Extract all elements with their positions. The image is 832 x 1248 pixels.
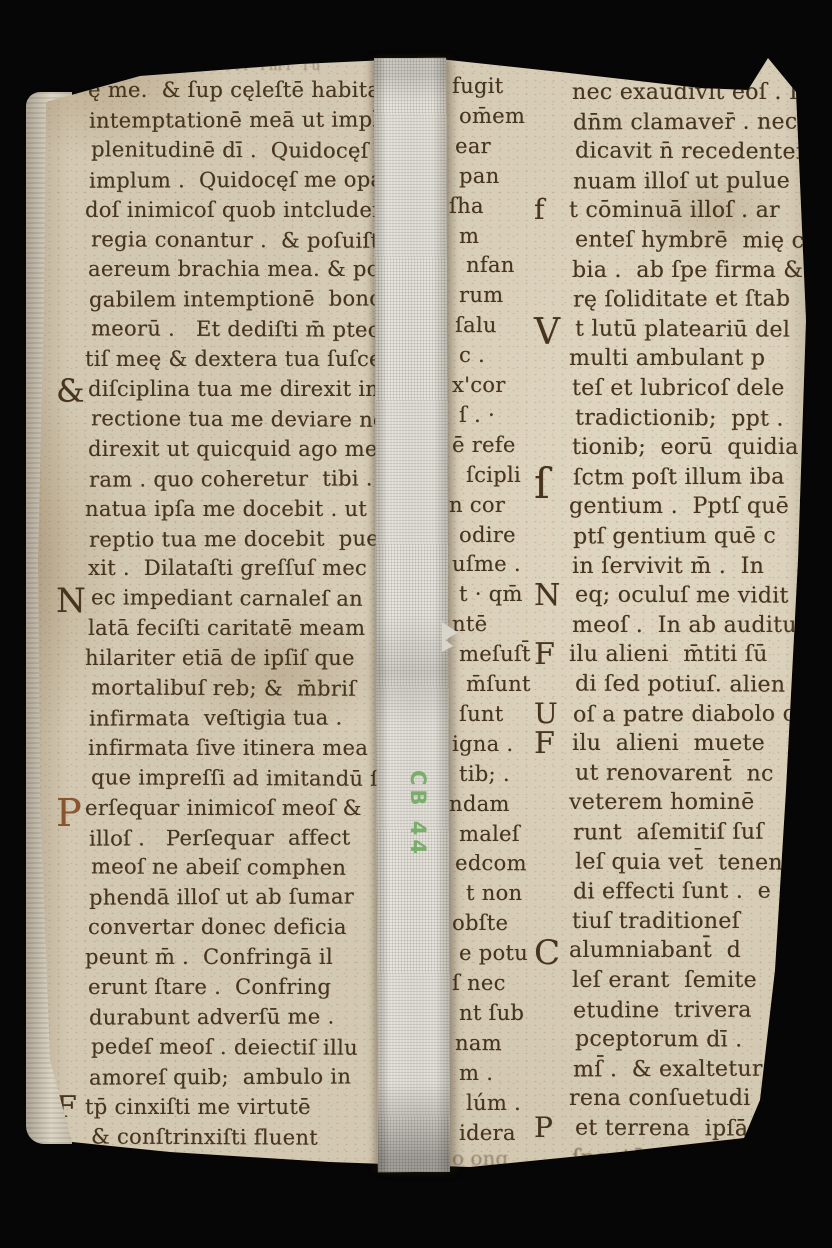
text-line: reptio tua me docebit puen	[89, 528, 393, 550]
text-line: ec impediant carnaleſ an	[91, 588, 363, 610]
text-line: maleſ	[459, 824, 520, 845]
text-line: pan	[459, 166, 499, 187]
manuscript-photo: ıı ıſ ıııē ſıı ımı ıū ę me. & ſup cęleſt…	[0, 0, 832, 1248]
text-line: runt aſemitiſ ſuſ	[573, 822, 764, 845]
text-line: meoſ . In ab auditu	[572, 615, 797, 637]
text-line: idera	[459, 1123, 516, 1144]
text-line: di ſed potiuſ. alien	[575, 673, 785, 696]
text-line: pedeſ meoſ . deiectiſ illu	[91, 1036, 358, 1058]
text-line: ear	[455, 136, 491, 157]
text-line: veterem hominē	[569, 792, 754, 814]
text-line: aereum brachia mea. & poſ	[88, 259, 388, 280]
text-line: leſ erant ſemite	[572, 970, 757, 992]
text-line: regia conantur . & poſuiſti	[91, 229, 386, 252]
text-line: oſ a patre diabolo c	[573, 703, 795, 726]
gutter-initials: fVſNFUFCP	[534, 0, 574, 1248]
text-line: ptſ gentium quē c	[573, 526, 776, 549]
text-line: fugit	[452, 76, 503, 97]
gutter-initial: C	[534, 936, 560, 970]
text-line: ilu alieni muete	[572, 733, 765, 755]
text-line: ſpentē . Dique	[572, 1148, 749, 1170]
text-line: lúm .	[466, 1093, 521, 1114]
shelfmark-label: CB 44	[406, 770, 430, 866]
gutter-initial: ſ	[534, 463, 550, 505]
text-line: dn̄m clamaver̄ . nec	[573, 111, 798, 134]
text-line: diſciplina tua me direxit in	[88, 379, 379, 400]
text-line: gabilem intemptionē bono	[89, 289, 382, 311]
text-line: pceptorum dī .	[575, 1029, 743, 1052]
text-line: peunt m̄ . Confringā il	[85, 947, 333, 968]
text-line: e potu	[459, 943, 528, 964]
text-line: n cor	[449, 495, 505, 516]
text-line: gentium . Pptſ quē	[569, 496, 789, 518]
margin-initial: P	[56, 794, 82, 832]
text-line: ram . quo coheretur tibi .	[89, 468, 373, 490]
gutter-initial: f	[534, 196, 544, 224]
text-line: t non	[466, 883, 522, 904]
text-line: tiſ meę & dextera tua ſuſce	[85, 349, 382, 370]
text-line: etudine trivera	[573, 999, 752, 1022]
text-line: ſha	[449, 196, 484, 217]
text-line: direxit ut quicquid ago me	[88, 439, 378, 460]
text-line: tib; .	[459, 764, 510, 785]
text-line: m .	[459, 1063, 493, 1084]
text-line: m	[459, 226, 479, 247]
text-line: et terrena ipſā	[575, 1118, 748, 1141]
text-line: rę ſoliditate et ſtab	[573, 289, 790, 312]
text-line: ſcipli	[466, 465, 521, 486]
margin-initial: N	[56, 584, 86, 618]
text-line: illoſ . Perſequar affect	[89, 827, 351, 849]
text-line: obſte	[452, 913, 508, 934]
text-line: ut renovarent̄ nc	[575, 762, 774, 785]
text-line: meorū . Et dediſti m̄ ptec	[91, 318, 380, 341]
strip-shading	[374, 58, 450, 1172]
text-line: meoſ ne abeiſ comphen	[91, 857, 346, 879]
text-line: ſunt	[459, 704, 503, 725]
text-line: mortalibuſ reb; & m̄briſ	[91, 677, 356, 699]
text-line: teſ et lubricoſ dele	[572, 378, 785, 400]
text-line: rum	[459, 285, 503, 306]
gutter-initial: P	[534, 1114, 553, 1142]
text-line: infirmata veſtigia tua .	[89, 707, 343, 729]
gutter-initial: V	[534, 315, 560, 351]
text-line: ndam	[449, 794, 510, 815]
text-line: tp̄ cinxiſti me virtutē	[85, 1097, 311, 1118]
text-line: leſ quia vet̄ tenen	[575, 851, 783, 874]
text-line: t lutū plateariū del	[575, 318, 790, 341]
text-line: odire	[459, 525, 516, 546]
text-line: ē refe	[452, 435, 516, 456]
text-line: plenitudinē dī . Quidocęſ	[91, 139, 369, 161]
text-line: edcom	[455, 853, 527, 874]
text-line: mſ̄ . & exaltetur	[573, 1058, 763, 1081]
text-line: doſ inimicoſ quob intcluder	[85, 200, 382, 221]
text-line: erunt ſtare . Confring	[88, 977, 331, 998]
text-line: eq; oculuſ me vidit	[575, 585, 789, 608]
text-line: enteſ hymbrē mię c	[575, 229, 804, 252]
text-line: uſme .	[452, 554, 521, 575]
text-line: x'cor	[452, 375, 506, 396]
left-margin-initials: &NPF	[56, 0, 96, 1248]
text-line: hilariter etiā de ipſiſ que	[85, 648, 355, 669]
text-line: igna .	[452, 734, 513, 755]
text-line: durabunt adverſū me .	[89, 1006, 334, 1028]
text-line: erſequar inimicoſ meoſ &	[85, 798, 362, 819]
text-line: natua ipſa me docebit . ut	[85, 499, 367, 520]
text-line: ilu alieni m̄titi ſū	[569, 644, 768, 666]
bookmark-strip	[374, 58, 450, 1172]
text-line: ſ nec	[452, 973, 506, 994]
text-line: in ſervivit m̄ . In	[572, 556, 764, 578]
text-line: ſ . ·	[459, 405, 495, 426]
text-line: que impreſſi ad imitandū ſ	[91, 767, 378, 790]
gutter-initial: U	[534, 700, 558, 728]
text-line: intemptationē meā ut imple	[89, 109, 392, 131]
gutter-initial: F	[534, 729, 555, 759]
text-line: nec exaudivit eoſ . I	[572, 82, 798, 104]
text-line: t · qm̄	[459, 584, 523, 605]
text-line: nuam illoſ ut pulue	[573, 170, 790, 193]
text-line: convertar donec deficia	[88, 917, 347, 938]
text-line: amoreſ quib; ambulo in	[89, 1066, 351, 1088]
faded-bottom-fragment: o ong	[452, 1146, 508, 1170]
text-line: m̄ſunt	[466, 674, 531, 695]
text-line: implum . Quidocęſ me opa	[89, 169, 383, 191]
gutter-initial: N	[534, 581, 560, 611]
text-line: rena conſuetudi	[569, 1088, 751, 1110]
text-line: nam	[455, 1033, 502, 1054]
text-line: tionib; eorū quidia	[572, 437, 799, 459]
text-line: rectione tua me deviare non	[91, 408, 400, 431]
text-line: tiuſ traditioneſ	[572, 911, 740, 933]
text-line: om̄em	[459, 106, 525, 127]
text-line: xit . Dilataſti greſſuſ mec	[88, 558, 367, 579]
text-line: latā feciſti caritatē meam	[88, 618, 365, 639]
right-text-column: nec exaudivit eoſ . Idn̄m clamaver̄ . ne…	[572, 0, 832, 1248]
text-line: & conſtrinxiſti fluent	[91, 1126, 318, 1148]
text-line: di effecti ſunt . e	[573, 881, 771, 904]
text-line: multi ambulant p	[569, 348, 765, 370]
text-line: infirmata ſive itinera mea	[88, 738, 368, 759]
text-line: nt ſub	[459, 1003, 524, 1024]
text-line: nfan	[466, 255, 515, 276]
text-line: t cōminuā illoſ . ar	[569, 200, 780, 222]
text-line: phendā illoſ ut ab ſumar	[89, 887, 354, 909]
text-line: tradictionib; ppt .	[575, 407, 784, 430]
left-text-column: ę me. & ſup cęleſtē habitaintemptationē …	[88, 0, 388, 1248]
text-line: alumniabant̄ d	[569, 940, 741, 962]
margin-initial: &	[56, 375, 84, 407]
text-line: c .	[459, 345, 485, 366]
text-line: ę me. & ſup cęleſtē habita	[88, 80, 380, 101]
text-line: ſctm poſt illum iba	[573, 466, 785, 489]
text-line: bia . ab ſpe firma &	[572, 260, 803, 282]
gutter-initial: F	[534, 640, 555, 670]
text-line: meſuſt̄	[459, 644, 531, 665]
text-line: ſalu	[455, 315, 497, 336]
text-line: dicavit n̄ recedenteſ	[575, 141, 804, 164]
